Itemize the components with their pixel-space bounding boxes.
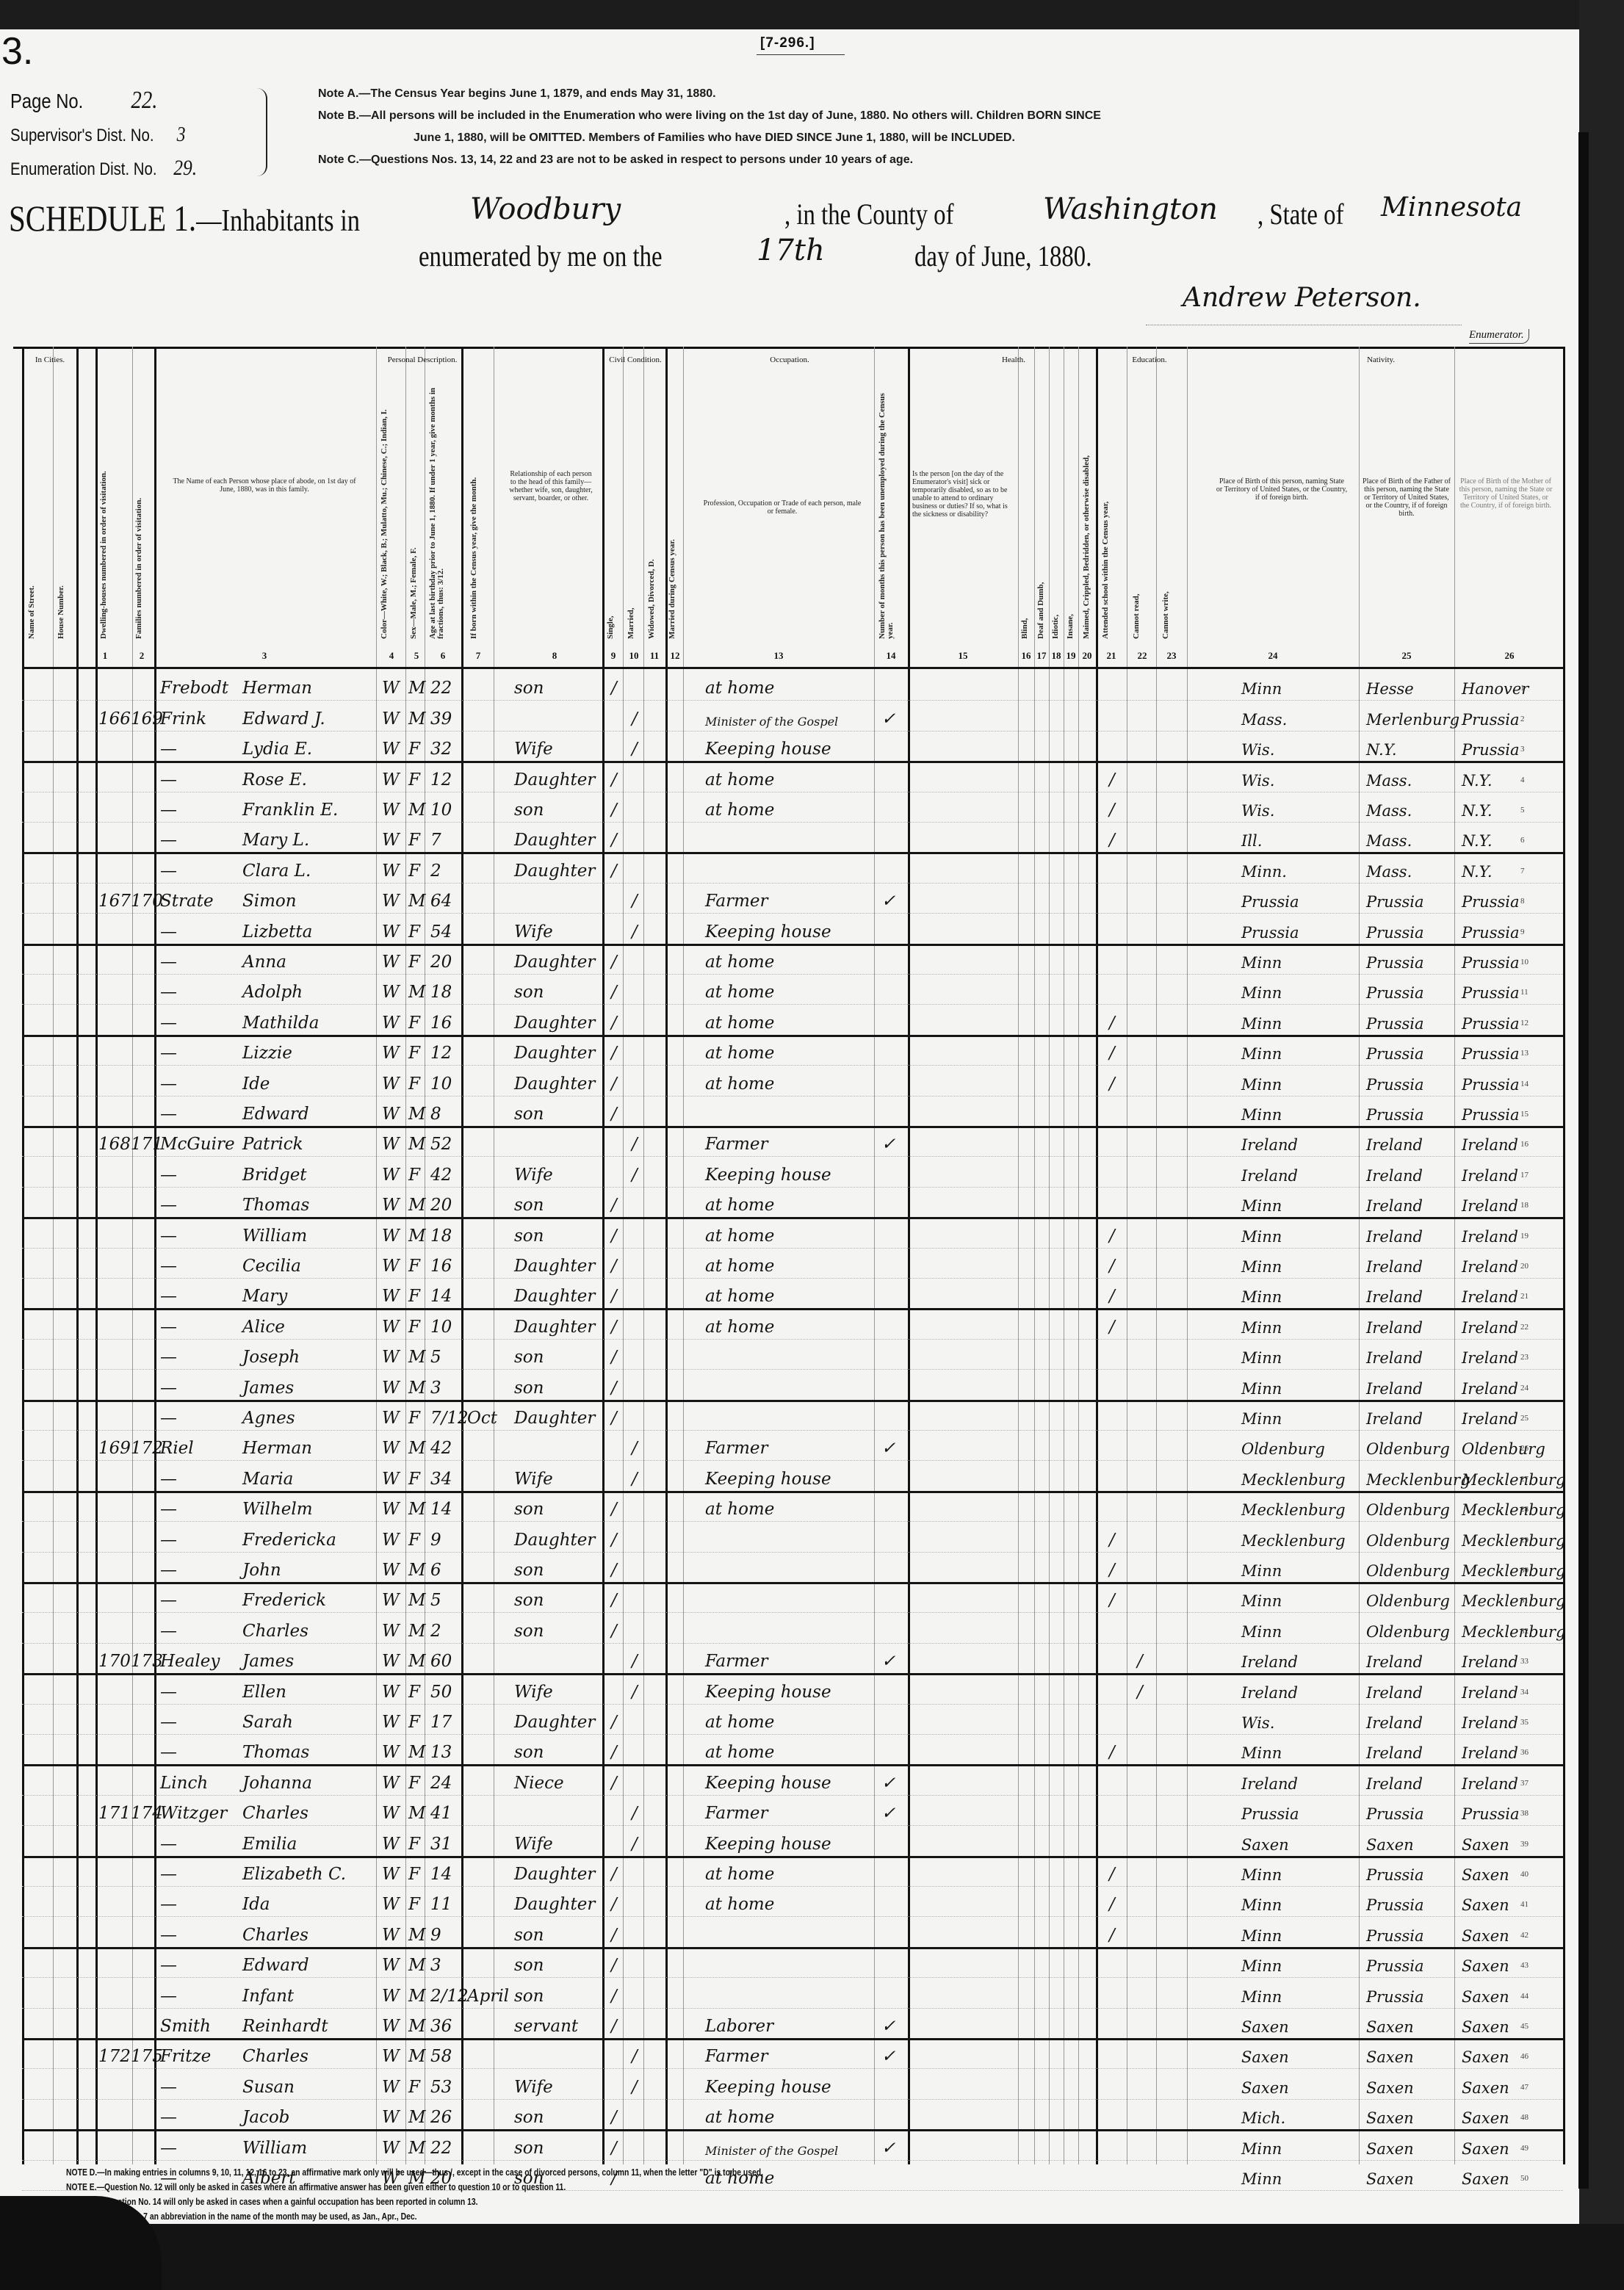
given-name: Mathilda — [242, 1014, 319, 1033]
color-value: W — [382, 1166, 400, 1185]
birthplace-value: Minn — [1241, 1349, 1282, 1367]
col-number: 3 — [253, 650, 275, 662]
father-birthplace-value: Prussia — [1366, 954, 1423, 972]
col-occupation: Profession, Occupation or Trade of each … — [701, 499, 863, 516]
single-mark: / — [611, 2108, 617, 2127]
surname: — — [160, 1014, 177, 1033]
birthplace-value: Minn — [1241, 1288, 1282, 1306]
color-value: W — [382, 2078, 400, 2097]
birthplace-value: Saxen — [1241, 2079, 1289, 2097]
table-row: LinchJohannaWF24Niece/Keeping house✓Irel… — [0, 1764, 1579, 1794]
color-value: W — [382, 1409, 400, 1428]
birthplace-value: Ireland — [1241, 1136, 1298, 1154]
col-blind: Blind, — [1021, 595, 1029, 639]
age-value: 14 — [430, 1500, 452, 1519]
col-number: 7 — [467, 650, 489, 662]
school-mark: / — [1109, 1287, 1115, 1306]
surname: — — [160, 1622, 177, 1641]
mother-birthplace-value: Mecklenburg — [1462, 1562, 1566, 1580]
surname: — — [160, 1257, 177, 1276]
page-label: Page No. — [10, 90, 83, 112]
given-name: Ide — [242, 1074, 270, 1094]
surname: — — [160, 953, 177, 972]
color-value: W — [382, 1135, 400, 1154]
surname: — — [160, 2108, 177, 2127]
relationship-value: son — [514, 1196, 544, 1215]
color-value: W — [382, 1105, 400, 1124]
sex-value: M — [408, 1956, 426, 1975]
birthplace-value: Wis. — [1241, 1714, 1274, 1732]
occupation-value: at home — [705, 1500, 774, 1519]
unemployed-check: ✓ — [881, 1774, 895, 1793]
given-name: Lizbetta — [242, 922, 312, 942]
father-birthplace-value: Prussia — [1366, 893, 1423, 911]
mother-birthplace-value: Ireland — [1462, 1197, 1518, 1215]
col-widowed: Widowed, Divorced, D. — [648, 499, 656, 639]
age-value: 10 — [430, 1074, 452, 1094]
instruction-notes: Note A.—The Census Year begins June 1, 1… — [318, 83, 1101, 171]
school-mark: / — [1109, 801, 1115, 820]
divider — [757, 54, 845, 55]
line-number: 48 — [1520, 2113, 1529, 2122]
mother-birthplace-value: Prussia — [1462, 1106, 1519, 1124]
color-value: W — [382, 1743, 400, 1762]
header-bottom-rule — [22, 667, 1563, 669]
given-name: Susan — [242, 2078, 295, 2097]
sex-value: M — [408, 1804, 426, 1823]
given-name: Johanna — [242, 1774, 312, 1793]
table-row: —WilliamWM22son/Minister of the Gospel✓M… — [0, 2129, 1579, 2159]
table-row: —EdwardWM3son/MinnPrussiaSaxen43 — [0, 1947, 1579, 1977]
line-number: 1 — [1520, 684, 1525, 693]
father-birthplace-value: Merlenburg — [1366, 711, 1459, 729]
school-mark: / — [1109, 1591, 1115, 1610]
col-number: 9 — [602, 650, 624, 662]
occupation-value: Minister of the Gospel — [705, 2144, 838, 2158]
mother-birthplace-value: Saxen — [1462, 2170, 1509, 2188]
sex-value: M — [408, 1561, 426, 1580]
relationship-value: son — [514, 1591, 544, 1610]
date-label: day of June, 1880. — [914, 239, 1091, 273]
occupation-value: Keeping house — [705, 1166, 831, 1185]
sex-value: F — [408, 1683, 420, 1702]
given-name: Wilhelm — [242, 1500, 313, 1519]
mother-birthplace-value: Prussia — [1462, 984, 1519, 1002]
table-row: —FrederickaWF9Daughter//MecklenburgOlden… — [0, 1521, 1579, 1551]
age-value: 13 — [430, 1743, 452, 1762]
occupation-value: Keeping house — [705, 922, 831, 942]
father-birthplace-value: Ireland — [1366, 1684, 1423, 1702]
sex-value: F — [408, 1409, 420, 1428]
father-birthplace-value: Ireland — [1366, 1197, 1423, 1215]
relationship-value: Wife — [514, 1470, 553, 1489]
mother-birthplace-value: N.Y. — [1462, 863, 1493, 881]
school-mark: / — [1109, 1318, 1115, 1337]
mother-birthplace-value: Saxen — [1462, 1836, 1509, 1854]
father-birthplace-value: Prussia — [1366, 1866, 1423, 1884]
occupation-value: at home — [705, 1196, 774, 1215]
table-row: —Rose E.WF12Daughter/at home/Wis.Mass.N.… — [0, 761, 1579, 791]
relationship-value: Daughter — [514, 1318, 595, 1337]
birthplace-value: Saxen — [1241, 2018, 1289, 2036]
mother-birthplace-value: Prussia — [1462, 954, 1519, 972]
married-mark: / — [632, 922, 638, 942]
color-value: W — [382, 1956, 400, 1975]
table-row: 172175FritzeCharlesWM58/Farmer✓SaxenSaxe… — [0, 2038, 1579, 2068]
line-number: 32 — [1520, 1627, 1529, 1636]
color-value: W — [382, 892, 400, 911]
surname: — — [160, 1287, 177, 1306]
relationship-value: son — [514, 801, 544, 820]
page-number-value: 22. — [131, 87, 157, 114]
unemployed-check: ✓ — [881, 892, 895, 911]
birthplace-value: Minn — [1241, 1744, 1282, 1762]
unemployed-check: ✓ — [881, 709, 895, 729]
cannot-read-mark: / — [1137, 1652, 1143, 1671]
relationship-value: Daughter — [514, 1895, 595, 1914]
col-father-birthplace: Place of Birth of the Father of this per… — [1363, 477, 1451, 518]
sex-value: F — [408, 1287, 420, 1306]
color-value: W — [382, 831, 400, 850]
sex-value: F — [408, 770, 420, 790]
age-value: 6 — [430, 1561, 441, 1580]
family-number: 171 — [131, 1135, 163, 1154]
color-value: W — [382, 2108, 400, 2127]
surname: Frink — [160, 709, 206, 729]
father-birthplace-value: Saxen — [1366, 1836, 1414, 1854]
birthplace-value: Mich. — [1241, 2109, 1285, 2127]
color-value: W — [382, 801, 400, 820]
line-number: 27 — [1520, 1475, 1529, 1484]
given-name: Maria — [242, 1470, 293, 1489]
mother-birthplace-value: Prussia — [1462, 893, 1519, 911]
note-g: NOTE G.—In column 7 an abbreviation in t… — [66, 2209, 763, 2224]
father-birthplace-value: Prussia — [1366, 1045, 1423, 1063]
married-mark: / — [632, 1166, 638, 1185]
mother-birthplace-value: Saxen — [1462, 2018, 1509, 2036]
surname: — — [160, 1227, 177, 1246]
birth-month-value: April — [467, 1987, 509, 2006]
age-value: 2 — [430, 862, 441, 881]
given-name: Franklin E. — [242, 801, 338, 820]
mother-birthplace-value: Saxen — [1462, 1927, 1509, 1945]
given-name: Herman — [242, 679, 312, 698]
color-value: W — [382, 1652, 400, 1671]
sex-value: M — [408, 709, 426, 729]
birthplace-value: Ill. — [1241, 832, 1262, 850]
birthplace-value: Minn — [1241, 2140, 1282, 2158]
single-mark: / — [611, 1318, 617, 1337]
school-mark: / — [1109, 1257, 1115, 1276]
supervisor-value: 3 — [177, 123, 186, 146]
line-number: 49 — [1520, 2144, 1529, 2153]
table-row: —AliceWF10Daughter/at home/MinnIrelandIr… — [0, 1308, 1579, 1338]
color-value: W — [382, 983, 400, 1002]
father-birthplace-value: Mass. — [1366, 772, 1412, 790]
sex-value: M — [408, 1105, 426, 1124]
surname: — — [160, 1865, 177, 1884]
line-number: 39 — [1520, 1840, 1529, 1849]
birthplace-value: Oldenburg — [1241, 1440, 1325, 1458]
father-birthplace-value: Ireland — [1366, 1258, 1423, 1276]
relationship-value: Niece — [514, 1774, 564, 1793]
birthplace-value: Minn — [1241, 1896, 1282, 1914]
dwelling-number: 167 — [98, 892, 131, 911]
mother-birthplace-value: Ireland — [1462, 1684, 1518, 1702]
relationship-value: son — [514, 1379, 544, 1398]
unemployed-check: ✓ — [881, 1439, 895, 1458]
col-birth-month: If born within the Census year, give the… — [470, 397, 478, 639]
occupation-value: at home — [705, 983, 774, 1002]
sex-value: F — [408, 1895, 420, 1914]
father-birthplace-value: Ireland — [1366, 1653, 1423, 1671]
line-number: 29 — [1520, 1536, 1529, 1545]
age-value: 16 — [430, 1014, 452, 1033]
single-mark: / — [611, 1227, 617, 1246]
relationship-value: son — [514, 1622, 544, 1641]
age-value: 20 — [430, 953, 452, 972]
table-row: —JamesWM3son/MinnIrelandIreland24 — [0, 1369, 1579, 1399]
col-dwelling: Dwelling-houses numbered in order of vis… — [100, 411, 108, 639]
married-mark: / — [632, 1439, 638, 1458]
table-top-rule — [13, 347, 1563, 349]
relationship-value: son — [514, 1926, 544, 1945]
married-mark: / — [632, 2078, 638, 2097]
color-value: W — [382, 770, 400, 790]
col-number: 26 — [1498, 650, 1520, 662]
form-id: [7-296.] — [760, 35, 815, 51]
birthplace-value: Minn — [1241, 954, 1282, 972]
age-value: 7/12 — [430, 1409, 469, 1428]
surname: Fritze — [160, 2047, 211, 2066]
father-birthplace-value: Saxen — [1366, 2109, 1414, 2127]
sex-value: F — [408, 1865, 420, 1884]
line-number: 30 — [1520, 1566, 1529, 1575]
dwelling-number: 171 — [98, 1804, 131, 1823]
school-mark: / — [1109, 1926, 1115, 1945]
occupation-value: at home — [705, 2108, 774, 2127]
group-personal: Personal Description. — [382, 355, 463, 364]
page-bottom-shadow — [0, 2224, 1624, 2290]
single-mark: / — [611, 2139, 617, 2158]
col-idiotic: Idiotic, — [1052, 588, 1060, 639]
relationship-value: servant — [514, 2017, 578, 2036]
age-value: 50 — [430, 1683, 452, 1702]
single-mark: / — [611, 1774, 617, 1793]
table-row: —Franklin E.WM10son/at home/Wis.Mass.N.Y… — [0, 792, 1579, 822]
age-value: 11 — [430, 1895, 452, 1914]
relationship-value: Daughter — [514, 831, 595, 850]
father-birthplace-value: Saxen — [1366, 2079, 1414, 2097]
mother-birthplace-value: Hanover — [1462, 680, 1529, 698]
sex-value: F — [408, 1713, 420, 1732]
surname: — — [160, 1409, 177, 1428]
surname: — — [160, 922, 177, 942]
school-mark: / — [1109, 1014, 1115, 1033]
mother-birthplace-value: Prussia — [1462, 1015, 1519, 1033]
family-number: 174 — [131, 1804, 163, 1823]
table-row: —WilliamWM18son/at home/MinnIrelandIrela… — [0, 1217, 1579, 1247]
relationship-value: son — [514, 1500, 544, 1519]
family-number: 173 — [131, 1652, 163, 1671]
enumerated-label: enumerated by me on the — [419, 239, 663, 273]
single-mark: / — [611, 1348, 617, 1367]
given-name: Adolph — [242, 983, 303, 1002]
col-number: 20 — [1076, 650, 1098, 662]
occupation-value: Farmer — [705, 1804, 768, 1823]
single-mark: / — [611, 1531, 617, 1550]
table-row: —CharlesWM9son//MinnPrussiaSaxen42 — [0, 1916, 1579, 1946]
school-mark: / — [1109, 1743, 1115, 1762]
relationship-value: son — [514, 2108, 544, 2127]
family-number: 169 — [131, 709, 163, 729]
father-birthplace-value: Prussia — [1366, 1927, 1423, 1945]
enumerator-label: Enumerator. — [1469, 329, 1529, 344]
birthplace-value: Minn — [1241, 1319, 1282, 1337]
sex-value: M — [408, 801, 426, 820]
col-age: Age at last birthday prior to June 1, 18… — [429, 382, 445, 639]
father-birthplace-value: Oldenburg — [1366, 1532, 1450, 1550]
birthplace-value: Minn — [1241, 1076, 1282, 1094]
color-value: W — [382, 1774, 400, 1793]
mother-birthplace-value: N.Y. — [1462, 772, 1493, 790]
father-birthplace-value: Oldenburg — [1366, 1592, 1450, 1610]
surname: Healey — [160, 1652, 220, 1671]
given-name: Rose E. — [242, 770, 307, 790]
color-value: W — [382, 1895, 400, 1914]
color-value: W — [382, 2017, 400, 2036]
sex-value: M — [408, 1135, 426, 1154]
color-value: W — [382, 1622, 400, 1641]
surname: Riel — [160, 1439, 194, 1458]
married-mark: / — [632, 1470, 638, 1489]
single-mark: / — [611, 770, 617, 790]
mother-birthplace-value: Prussia — [1462, 1805, 1519, 1823]
surname: McGuire — [160, 1135, 235, 1154]
birthplace-value: Minn — [1241, 1592, 1282, 1610]
given-name: Elizabeth C. — [242, 1865, 346, 1884]
relationship-value: Daughter — [514, 1074, 595, 1094]
line-number: 21 — [1520, 1292, 1529, 1301]
relationship-value: Wife — [514, 1683, 553, 1702]
line-number: 35 — [1520, 1718, 1529, 1727]
col-number: 23 — [1161, 650, 1183, 662]
sex-value: F — [408, 862, 420, 881]
state-label: , State of — [1257, 197, 1344, 231]
relationship-value: son — [514, 1987, 544, 2006]
line-number: 5 — [1520, 806, 1525, 814]
color-value: W — [382, 1348, 400, 1367]
table-row: —SusanWF53Wife/Keeping houseSaxenSaxenSa… — [0, 2068, 1579, 2098]
married-mark: / — [632, 892, 638, 911]
single-mark: / — [611, 1987, 617, 2006]
sex-value: F — [408, 1531, 420, 1550]
father-birthplace-value: Hesse — [1366, 680, 1414, 698]
color-value: W — [382, 1591, 400, 1610]
birthplace-value: Mecklenburg — [1241, 1471, 1346, 1489]
father-birthplace-value: Prussia — [1366, 1076, 1423, 1094]
relationship-value: Daughter — [514, 770, 595, 790]
married-mark: / — [632, 2047, 638, 2066]
col-number: 14 — [880, 650, 902, 662]
married-mark: / — [632, 1804, 638, 1823]
birthplace-value: Mecklenburg — [1241, 1501, 1346, 1519]
given-name: Bridget — [242, 1166, 307, 1185]
age-value: 20 — [430, 1196, 452, 1215]
color-value: W — [382, 2047, 400, 2066]
page-number-field: Page No. 22. — [10, 87, 158, 115]
mother-birthplace-value: Ireland — [1462, 1714, 1518, 1732]
line-number: 9 — [1520, 928, 1525, 936]
mother-birthplace-value: Mecklenburg — [1462, 1532, 1566, 1550]
birthplace-value: Minn — [1241, 1197, 1282, 1215]
single-mark: / — [611, 1044, 617, 1063]
sex-value: M — [408, 2139, 426, 2158]
color-value: W — [382, 1318, 400, 1337]
col-number: 12 — [664, 650, 686, 662]
mother-birthplace-value: Prussia — [1462, 741, 1519, 759]
color-value: W — [382, 679, 400, 698]
note-d: NOTE D.—In making entries in columns 9, … — [66, 2165, 763, 2180]
relationship-value: Daughter — [514, 1287, 595, 1306]
school-mark: / — [1109, 1865, 1115, 1884]
color-value: W — [382, 740, 400, 759]
age-value: 58 — [430, 2047, 452, 2066]
occupation-value: at home — [705, 1044, 774, 1063]
line-number: 37 — [1520, 1779, 1529, 1788]
mother-birthplace-value: N.Y. — [1462, 802, 1493, 820]
table-row: —WilhelmWM14son/at homeMecklenburgOldenb… — [0, 1491, 1579, 1521]
given-name: Charles — [242, 1804, 308, 1823]
single-mark: / — [611, 953, 617, 972]
table-row: —ThomasWM20son/at homeMinnIrelandIreland… — [0, 1187, 1579, 1217]
col-number: 11 — [643, 650, 665, 662]
age-value: 39 — [430, 709, 452, 729]
father-birthplace-value: N.Y. — [1366, 741, 1397, 759]
color-value: W — [382, 1500, 400, 1519]
surname: Strate — [160, 892, 214, 911]
table-row: —CharlesWM2son/MinnOldenburgMecklenburg3… — [0, 1612, 1579, 1642]
birthplace-value: Minn — [1241, 1410, 1282, 1428]
mother-birthplace-value: Mecklenburg — [1462, 1592, 1566, 1610]
line-number: 4 — [1520, 776, 1525, 784]
table-row: —EllenWF50Wife/Keeping house/IrelandIrel… — [0, 1673, 1579, 1703]
occupation-value: Laborer — [705, 2017, 773, 2036]
unemployed-check: ✓ — [881, 2017, 895, 2036]
col-color: Color—White, W.; Black, B.; Mulatto, Mu.… — [380, 382, 389, 639]
given-name: Reinhardt — [242, 2017, 328, 2036]
col-number: 22 — [1131, 650, 1153, 662]
col-sickness: Is the person [on the day of the Enumera… — [912, 470, 1015, 519]
father-birthplace-value: Mass. — [1366, 832, 1412, 850]
occupation-value: at home — [705, 801, 774, 820]
birthplace-value: Prussia — [1241, 893, 1299, 911]
sex-value: F — [408, 922, 420, 942]
given-name: Edward — [242, 1956, 309, 1975]
dwelling-number: 168 — [98, 1135, 131, 1154]
sex-value: F — [408, 2078, 420, 2097]
mother-birthplace-value: Mecklenburg — [1462, 1501, 1566, 1519]
mother-birthplace-value: Ireland — [1462, 1775, 1518, 1793]
supervisor-district-field: Supervisor's Dist. No. 3 — [10, 123, 186, 147]
birthplace-value: Wis. — [1241, 772, 1274, 790]
occupation-value: at home — [705, 679, 774, 698]
birthplace-value: Minn — [1241, 680, 1282, 698]
table-row: —BridgetWF42Wife/Keeping houseIrelandIre… — [0, 1156, 1579, 1186]
occupation-value: at home — [705, 1318, 774, 1337]
signature-line — [1146, 325, 1462, 325]
unemployed-check: ✓ — [881, 1652, 895, 1671]
